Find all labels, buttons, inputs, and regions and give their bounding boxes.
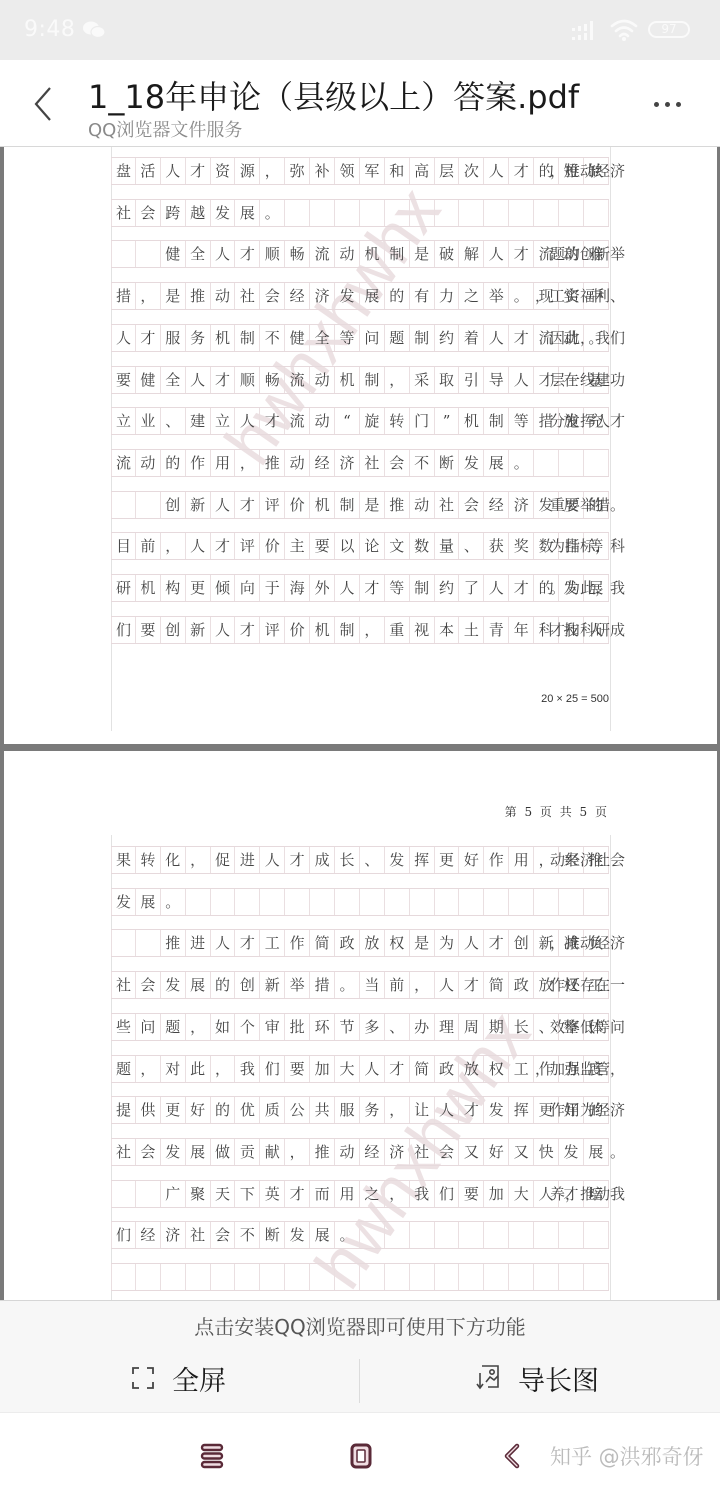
grid-row: 些问题，如个审批环节多、办理周期长、整体效率低等问 (111, 1013, 609, 1041)
grid-cell: 、 (161, 408, 186, 434)
grid-cell: 果 (111, 847, 136, 873)
grid-cell: 转 (136, 847, 161, 873)
grid-row: 社会跨越发展。 (111, 199, 609, 227)
grid-cell: 好 (186, 1097, 211, 1123)
grid-cell: 。 (161, 889, 186, 915)
grid-cell: 畅 (260, 367, 285, 393)
grid-cell: 用 (509, 847, 534, 873)
grid-cell: 简 (484, 972, 509, 998)
grid-cell: 健 (285, 325, 310, 351)
chevron-left-icon[interactable] (26, 82, 60, 126)
grid-cell: 才 (260, 408, 285, 434)
grid-cell: 机 (459, 408, 484, 434)
grid-cell: 顺 (260, 241, 285, 267)
more-dots-icon[interactable] (654, 92, 694, 112)
grid-cell: 才 (459, 1097, 484, 1123)
grid-cell: 建 (186, 408, 211, 434)
grid-cell: 是 (410, 241, 435, 267)
grid-cell (111, 1181, 136, 1207)
grid-cell (584, 1264, 609, 1290)
grid-cell: 问 (136, 1014, 161, 1040)
overflow-punctuation: 题的创新举 (550, 241, 625, 267)
divider (359, 1359, 360, 1403)
grid-cell: 动 (136, 450, 161, 476)
grid-cell (136, 1181, 161, 1207)
grid-cell (136, 492, 161, 518)
grid-cell: 才 (211, 367, 236, 393)
grid-cell (534, 1222, 559, 1248)
grid-cell: 才 (235, 617, 260, 643)
grid-cell (111, 241, 136, 267)
grid-cell (534, 200, 559, 226)
grid-cell: 动 (335, 241, 360, 267)
grid-row: 要健全人才顺畅流动机制，采取引导人才在基层一线建功 (111, 366, 609, 394)
pdf-page-5: 第 5 页 共 5 页 hwhxhwhx 果转化，促进人才成长、发挥更好作用，来… (4, 751, 717, 1300)
grid-row: 措，是推动社会经济发展的有力之举。现实中，工资福利、 (111, 282, 609, 310)
grid-cell: 促 (211, 847, 236, 873)
title-bar: 1_18年申论（县级以上）答案.pdf QQ浏览器文件服务 (0, 60, 720, 147)
grid-cell (534, 889, 559, 915)
home-icon[interactable] (349, 1443, 373, 1469)
grid-cell: 放 (360, 930, 385, 956)
grid-cell: 经 (136, 1222, 161, 1248)
grid-cell: 经 (285, 283, 310, 309)
grid-cell: 流 (285, 367, 310, 393)
grid-cell: 才 (235, 241, 260, 267)
grid-cell: 们 (111, 617, 136, 643)
grid-cell: 人 (484, 325, 509, 351)
grid-cell (459, 1222, 484, 1248)
grid-cell (360, 200, 385, 226)
grid-cell: 题 (111, 1056, 136, 1082)
overflow-punctuation: ，推动经济 (550, 158, 625, 184)
grid-cell: 周 (459, 1014, 484, 1040)
grid-cell: ， (186, 847, 211, 873)
grid-cell: 动 (310, 408, 335, 434)
grid-cell (111, 492, 136, 518)
grid-cell: 优 (235, 1097, 260, 1123)
grid-cell: 社 (235, 283, 260, 309)
grid-cell: 举 (285, 972, 310, 998)
grid-row: 广聚天下英才而用之，我们要加大人才培养，推动我 (111, 1180, 609, 1208)
grid-cell: 用 (211, 450, 236, 476)
overflow-punctuation: 分发挥人才 (550, 408, 625, 434)
grid-cell: 展 (360, 283, 385, 309)
grid-cell: 前 (385, 972, 410, 998)
grid-cell: ， (136, 1056, 161, 1082)
overflow-punctuation: 因此，我们 (550, 325, 625, 351)
grid-cell: 于 (260, 575, 285, 601)
grid-cell: 进 (186, 930, 211, 956)
grid-cell (260, 1264, 285, 1290)
grid-cell: 人 (360, 1056, 385, 1082)
grid-cell: ， (260, 158, 285, 184)
grid-cell (484, 1264, 509, 1290)
grid-row: 发展。 (111, 888, 609, 916)
grid-cell: 挥 (509, 1097, 534, 1123)
grid-cell (360, 1264, 385, 1290)
grid-cell: 才 (136, 325, 161, 351)
grid-cell: 价 (260, 533, 285, 559)
grid-cell (235, 889, 260, 915)
grid-cell (136, 241, 161, 267)
grid-cell: 机 (360, 241, 385, 267)
grid-cell: 理 (435, 1014, 460, 1040)
grid-cell: 人 (435, 1097, 460, 1123)
grid-row: 健全人才顺畅流动机制是破解人才流动难题的创新举 (111, 240, 609, 268)
grid-row: 人才服务机制不健全等问题制约着人才流动。因此，我们 (111, 324, 609, 352)
grid-cell (111, 930, 136, 956)
grid-cell: 如 (211, 1014, 236, 1040)
grid-cell: 又 (459, 1139, 484, 1165)
grid-row: 社会发展做贡献，推动经济社会又好又快发展。 (111, 1138, 609, 1166)
grid-cell: 创 (509, 930, 534, 956)
grid-cell: 作 (484, 847, 509, 873)
grid-cell (111, 1264, 136, 1290)
grid-cell: 构 (161, 575, 186, 601)
grid-cell (385, 1264, 410, 1290)
grid-cell: 问 (360, 325, 385, 351)
grid-cell: 新 (260, 972, 285, 998)
grid-cell: ” (435, 408, 460, 434)
grid-cell (559, 1222, 584, 1248)
grid-cell (509, 889, 534, 915)
grid-cell: 畅 (285, 241, 310, 267)
grid-cell: 等 (509, 408, 534, 434)
grid-cell: 解 (459, 241, 484, 267)
grid-cell: 要 (136, 617, 161, 643)
grid-cell: 约 (435, 575, 460, 601)
grid-cell: 立 (211, 408, 236, 434)
grid-cell: 会 (136, 1139, 161, 1165)
grid-cell: 外 (310, 575, 335, 601)
grid-cell: 量 (435, 533, 460, 559)
grid-cell: 发 (285, 1222, 310, 1248)
grid-cell: 会 (435, 1139, 460, 1165)
grid-cell: 人 (509, 367, 534, 393)
grid-cell: 政 (335, 930, 360, 956)
grid-cell: 跨 (161, 200, 186, 226)
grid-cell: 机 (310, 617, 335, 643)
grid-cell: 天 (211, 1181, 236, 1207)
fullscreen-label: 全屏 (172, 1359, 226, 1398)
overflow-punctuation: ，工资福利、 (535, 283, 625, 309)
grid-cell: 前 (136, 533, 161, 559)
overflow-punctuation: 养，推动我 (550, 1181, 625, 1207)
grid-cell: 。 (509, 450, 534, 476)
grid-cell: 要 (310, 533, 335, 559)
grid-cell: 才 (285, 847, 310, 873)
grid-cell: ， (186, 1014, 211, 1040)
grid-cell: 不 (260, 325, 285, 351)
grid-cell: 做 (211, 1139, 236, 1165)
grid-cell (484, 889, 509, 915)
grid-cell: 用 (335, 1181, 360, 1207)
grid-cell: 好 (484, 1139, 509, 1165)
grid-cell: 社 (111, 200, 136, 226)
battery-icon: 97 (648, 21, 690, 38)
grid-cell: 质 (260, 1097, 285, 1123)
grid-cell: 才 (484, 930, 509, 956)
grid-cell: 进 (235, 847, 260, 873)
grid-cell: 要 (111, 367, 136, 393)
grid-cell (360, 1222, 385, 1248)
grid-row (111, 1263, 609, 1291)
grid-cell: 动 (410, 492, 435, 518)
grid-row: 盘活人才资源，弥补领军和高层次人才的短缺，推动经济 (111, 157, 609, 185)
overflow-punctuation: 动经济社会 (550, 847, 625, 873)
grid-cell: 此 (186, 1056, 211, 1082)
grid-cell: 人 (435, 972, 460, 998)
grid-cell (459, 1264, 484, 1290)
grid-cell (559, 1264, 584, 1290)
grid-cell: 审 (260, 1014, 285, 1040)
grid-cell: 推 (385, 492, 410, 518)
grid-cell: ， (161, 533, 186, 559)
grid-cell: 。 (509, 283, 534, 309)
grid-cell (385, 889, 410, 915)
grid-cell (211, 1264, 236, 1290)
grid-cell (186, 1264, 211, 1290)
grid-cell: 人 (211, 930, 236, 956)
grid-cell: 全 (310, 325, 335, 351)
grid-cell: 下 (235, 1181, 260, 1207)
grid-cell: 动 (211, 283, 236, 309)
grid-cell: 。 (335, 1222, 360, 1248)
grid-cell: 才 (385, 1056, 410, 1082)
grid-cell: 制 (410, 325, 435, 351)
grid-cell: 制 (410, 575, 435, 601)
grid-row: 创新人才评价机制是推动社会经济发展的重要举措。 (111, 491, 609, 519)
grid-cell: 工 (509, 1056, 534, 1082)
grid-cell (435, 889, 460, 915)
grid-cell: 。 (260, 200, 285, 226)
battery-level: 97 (661, 22, 676, 36)
grid-cell: 是 (410, 930, 435, 956)
grid-cell: 政 (509, 972, 534, 998)
grid-cell: 次 (459, 158, 484, 184)
page-word-count: 20 × 25 = 500 (541, 693, 609, 705)
grid-cell: 人 (211, 617, 236, 643)
grid-cell: 提 (111, 1097, 136, 1123)
grid-cell: 化 (161, 847, 186, 873)
grid-cell: 献 (260, 1139, 285, 1165)
grid-cell: 才 (459, 972, 484, 998)
grid-cell: 人 (161, 158, 186, 184)
grid-cell: ， (385, 367, 410, 393)
export-long-image-button[interactable]: 导长图 (476, 1353, 599, 1403)
grid-cell (310, 200, 335, 226)
grid-cell: 本 (435, 617, 460, 643)
grid-cell: 评 (260, 492, 285, 518)
grid-cell (285, 889, 310, 915)
menu-icon[interactable] (200, 1443, 224, 1469)
grid-cell: 目 (111, 533, 136, 559)
pdf-page-4: hwhxhwhx 20 × 25 = 500 盘活人才资源，弥补领军和高层次人才… (4, 147, 717, 744)
grid-cell (285, 200, 310, 226)
grid-cell: 公 (285, 1097, 310, 1123)
grid-cell: 健 (161, 241, 186, 267)
grid-cell: 全 (161, 367, 186, 393)
grid-cell (584, 200, 609, 226)
grid-cell: 人 (260, 847, 285, 873)
grid-cell: 经 (484, 492, 509, 518)
grid-cell: 成 (310, 847, 335, 873)
grid-cell: 力 (435, 283, 460, 309)
install-prompt-bar: 点击安装QQ浏览器即可使用下方功能 全屏 导长图 (0, 1300, 720, 1413)
install-hint[interactable]: 点击安装QQ浏览器即可使用下方功能 (0, 1311, 720, 1340)
grid-cell: 发 (335, 283, 360, 309)
grid-cell: 作 (186, 450, 211, 476)
grid-cell: 对 (161, 1056, 186, 1082)
grid-row: 题，对此，我们要加大人才简政放权工作力度，加强监管， (111, 1055, 609, 1083)
grid-cell (186, 889, 211, 915)
grid-cell: 断 (260, 1222, 285, 1248)
grid-cell (285, 1264, 310, 1290)
grid-cell: 发 (161, 972, 186, 998)
grid-cell: 数 (410, 533, 435, 559)
grid-cell: 是 (161, 283, 186, 309)
grid-cell: 论 (360, 533, 385, 559)
grid-cell (385, 1222, 410, 1248)
grid-cell: 补 (310, 158, 335, 184)
grid-cell: ， (360, 617, 385, 643)
system-nav-bar: 知乎 @洪邪奇伢 (0, 1412, 720, 1499)
grid-cell (385, 200, 410, 226)
grid-cell: 、 (459, 533, 484, 559)
grid-cell: 才 (186, 158, 211, 184)
wifi-icon (610, 18, 638, 42)
overflow-punctuation: 为指标，科 (550, 533, 625, 559)
grid-cell: 土 (459, 617, 484, 643)
grid-cell (136, 1264, 161, 1290)
overflow-punctuation: ，加强监管， (535, 1056, 625, 1082)
grid-cell (211, 889, 236, 915)
grid-cell: 人 (459, 930, 484, 956)
grid-cell: 社 (111, 972, 136, 998)
grid-cell (584, 450, 609, 476)
document-subtitle: QQ浏览器文件服务 (88, 116, 242, 142)
grid-cell: 聚 (186, 1181, 211, 1207)
long-image-icon (476, 1365, 500, 1391)
grid-cell: 挥 (410, 847, 435, 873)
grid-cell: 动 (285, 450, 310, 476)
grid-cell: 权 (385, 930, 410, 956)
grid-cell: 奖 (509, 533, 534, 559)
grid-cell (435, 1264, 460, 1290)
back-icon[interactable] (502, 1443, 522, 1469)
grid-cell: 贡 (235, 1139, 260, 1165)
grid-cell: 之 (360, 1181, 385, 1207)
grid-cell: 为 (435, 930, 460, 956)
grid-cell (435, 1222, 460, 1248)
grid-cell: 济 (335, 450, 360, 476)
grid-cell: 人 (111, 325, 136, 351)
grid-cell: 才 (360, 575, 385, 601)
grid-cell: 人 (484, 158, 509, 184)
grid-cell: 长 (335, 847, 360, 873)
grid-cell (534, 1264, 559, 1290)
grid-cell: 源 (235, 158, 260, 184)
grid-cell: 措 (310, 972, 335, 998)
grid-cell: ， (285, 1139, 310, 1165)
fullscreen-icon (132, 1367, 154, 1389)
grid-cell (584, 1222, 609, 1248)
grid-row: 研机构更倾向于海外人才等制约了人才的发展。为此，我 (111, 574, 609, 602)
overflow-punctuation: 才和科研成 (550, 617, 625, 643)
grid-cell: 济 (385, 1139, 410, 1165)
grid-cell: 展 (186, 972, 211, 998)
grid-cell: 才 (285, 1181, 310, 1207)
grid-cell: ， (385, 1097, 410, 1123)
grid-cell (410, 889, 435, 915)
grid-cell: 制 (235, 325, 260, 351)
grid-cell: 创 (161, 492, 186, 518)
grid-cell: 务 (360, 1097, 385, 1123)
grid-cell: 加 (484, 1181, 509, 1207)
grid-cell: 制 (360, 367, 385, 393)
grid-cell: 视 (410, 617, 435, 643)
grid-cell: 人 (235, 408, 260, 434)
grid-cell: ， (385, 1181, 410, 1207)
overflow-punctuation: 重要举措。 (550, 492, 625, 518)
grid-cell: 、 (385, 1014, 410, 1040)
grid-cell: 会 (211, 1222, 236, 1248)
grid-cell: 人 (335, 575, 360, 601)
grid-cell: 办 (410, 1014, 435, 1040)
grid-cell: 才 (211, 533, 236, 559)
grid-cell (459, 889, 484, 915)
grid-row: 们要创新人才评价机制，重视本土青年科技人才和科研成 (111, 616, 609, 644)
pdf-viewer[interactable]: hwhxhwhx 20 × 25 = 500 盘活人才资源，弥补领军和高层次人才… (0, 147, 720, 1300)
grid-cell: 动 (310, 367, 335, 393)
grid-cell: 创 (235, 972, 260, 998)
fullscreen-button[interactable]: 全屏 (132, 1353, 226, 1403)
grid-cell: 有 (410, 283, 435, 309)
grid-cell: 向 (235, 575, 260, 601)
grid-cell: 题 (161, 1014, 186, 1040)
grid-cell: 会 (136, 200, 161, 226)
grid-cell: 更 (186, 575, 211, 601)
grid-cell (136, 930, 161, 956)
grid-cell: 工 (260, 930, 285, 956)
grid-cell (161, 1264, 186, 1290)
grid-cell: 破 (435, 241, 460, 267)
grid-cell: 济 (161, 1222, 186, 1248)
grid-cell: 发 (161, 1139, 186, 1165)
grid-cell: 推 (310, 1139, 335, 1165)
grid-cell: 我 (410, 1181, 435, 1207)
grid-cell: 展 (310, 1222, 335, 1248)
grid-cell: 当 (360, 972, 385, 998)
grid-cell: 业 (136, 408, 161, 434)
grid-cell: 节 (335, 1014, 360, 1040)
grid-cell: 新 (186, 492, 211, 518)
grid-cell: 机 (335, 367, 360, 393)
grid-cell: 和 (385, 158, 410, 184)
grid-cell: 些 (111, 1014, 136, 1040)
grid-cell (584, 889, 609, 915)
grid-cell: 服 (335, 1097, 360, 1123)
grid-cell: 推 (186, 283, 211, 309)
page-number: 第 5 页 共 5 页 (505, 803, 609, 820)
overflow-punctuation: 作还存在一 (550, 972, 625, 998)
grid-cell: 们 (260, 1056, 285, 1082)
grid-cell: 们 (435, 1181, 460, 1207)
grid-cell: 引 (459, 367, 484, 393)
grid-cell: 会 (260, 283, 285, 309)
grid-cell (509, 200, 534, 226)
